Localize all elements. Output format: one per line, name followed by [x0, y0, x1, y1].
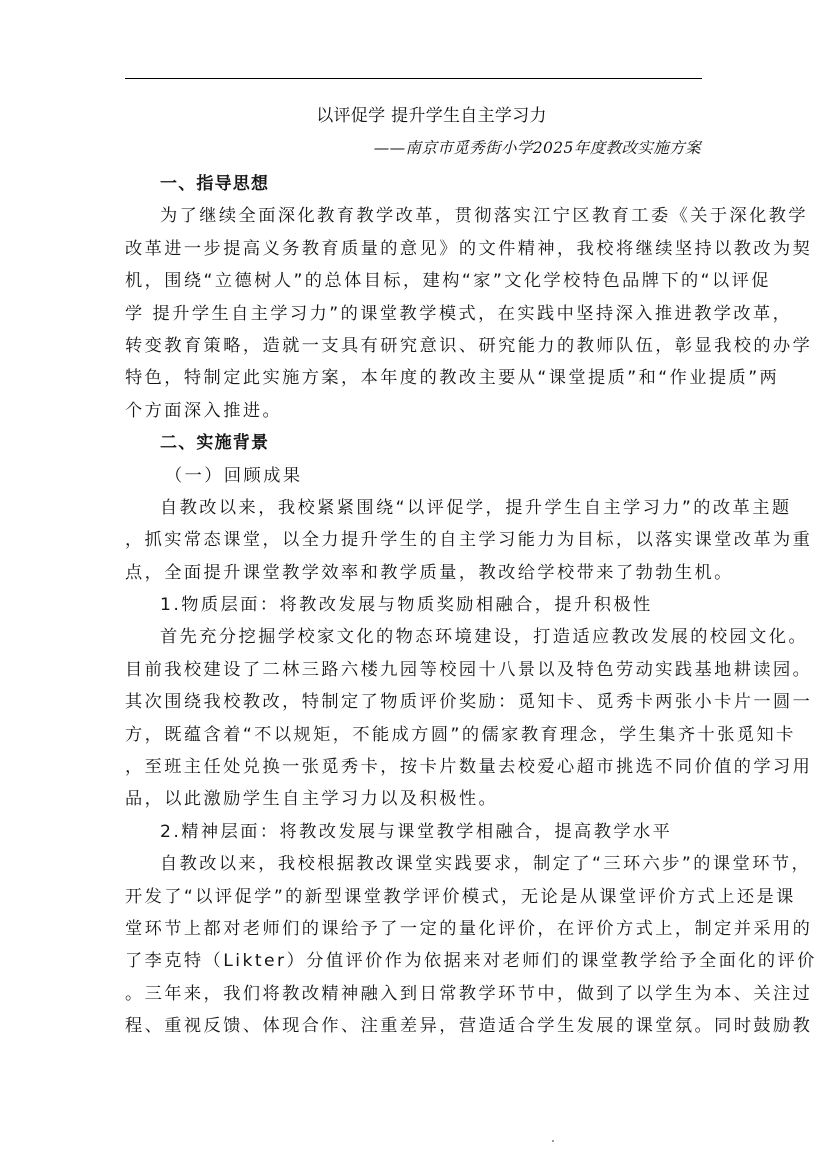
subsection-heading-review-results: （一）回顾成果 [125, 460, 705, 492]
paragraph-line: 特色，特制定此实施方案，本年度的教改主要从“课堂提质”和“作业提质”两 [125, 362, 705, 394]
document-subtitle: ——南京市觅秀街小学2025年度教改实施方案 [374, 137, 701, 159]
paragraph-line: 点，全面提升课堂教学效率和教学质量，教改给学校带来了勃勃生机。 [125, 557, 705, 589]
paragraph-line: 转变教育策略，造就一支具有研究意识、研究能力的教师队伍，彰显我校的办学 [125, 330, 705, 362]
paragraph-line: 了李克特（Likter）分值评价作为依据来对老师们的课堂教学给予全面化的评价 [125, 945, 705, 977]
paragraph-line: 目前我校建设了二林三路六楼九园等校园十八景以及特色劳动实践基地耕读园。 [125, 654, 705, 686]
paragraph-line: 方，既蕴含着“不以规矩，不能成方圆”的儒家教育理念，学生集齐十张觅知卡 [125, 719, 705, 751]
paragraph-line: 开发了“以评促学”的新型课堂教学评价模式，无论是从课堂评价方式上还是课 [125, 881, 705, 913]
paragraph-line: 个方面深入推进。 [125, 395, 705, 427]
paragraph-line: 机，围绕“立德树人”的总体目标，建构“家”文化学校特色品牌下的“以评促 [125, 265, 705, 297]
paragraph-guiding-ideology: 为了继续全面深化教育教学改革，贯彻落实江宁区教育工委《关于深化教学 改革进一步提… [125, 200, 705, 427]
paragraph-line: 自教改以来，我校紧紧围绕“以评促学，提升学生自主学习力”的改革主题 [125, 492, 705, 524]
paragraph-line: 改革进一步提高义务教育质量的意见》的文件精神，我校将继续坚持以教改为契 [125, 233, 705, 265]
paragraph-material-level: 首先充分挖掘学校家文化的物态环境建设，打造适应教改发展的校园文化。 目前我校建设… [125, 621, 705, 815]
paragraph-line: ，至班主任处兑换一张觅秀卡，按卡片数量去校爱心超市挑选不同价值的学习用 [125, 751, 705, 783]
page-marker-dot [552, 1140, 554, 1142]
document-page: 以评促学 提升学生自主学习力 ——南京市觅秀街小学2025年度教改实施方案 一、… [0, 0, 827, 1170]
paragraph-line: 。三年来，我们将教改精神融入到日常教学环节中，做到了以学生为本、关注过 [125, 978, 705, 1010]
paragraph-review-results: 自教改以来，我校紧紧围绕“以评促学，提升学生自主学习力”的改革主题 ，抓实常态课… [125, 492, 705, 589]
list-item-spiritual-level: 2.精神层面：将教改发展与课堂教学相融合，提高教学水平 [125, 816, 705, 848]
paragraph-line: 首先充分挖掘学校家文化的物态环境建设，打造适应教改发展的校园文化。 [125, 621, 705, 653]
paragraph-line: 学 提升学生自主学习力”的课堂教学模式，在实践中坚持深入推进教学改革， [125, 298, 705, 330]
document-body: 一、指导思想 为了继续全面深化教育教学改革，贯彻落实江宁区教育工委《关于深化教学… [125, 168, 705, 1043]
paragraph-line: 为了继续全面深化教育教学改革，贯彻落实江宁区教育工委《关于深化教学 [125, 200, 705, 232]
paragraph-line: 堂环节上都对老师们的课给予了一定的量化评价，在评价方式上，制定并采用的 [125, 913, 705, 945]
paragraph-line: ，抓实常态课堂，以全力提升学生的自主学习能力为目标，以落实课堂改革为重 [125, 524, 705, 556]
section-heading-guiding-ideology: 一、指导思想 [125, 168, 705, 200]
paragraph-spiritual-level: 自教改以来，我校根据教改课堂实践要求，制定了“三环六步”的课堂环节， 开发了“以… [125, 848, 705, 1042]
paragraph-line: 其次围绕我校教改，特制定了物质评价奖励：觅知卡、觅秀卡两张小卡片一圆一 [125, 686, 705, 718]
section-heading-implementation-background: 二、实施背景 [125, 427, 705, 459]
list-item-material-level: 1.物质层面：将教改发展与物质奖励相融合，提升积极性 [125, 589, 705, 621]
paragraph-line: 程、重视反馈、体现合作、注重差异，营造适合学生发展的课堂氛。同时鼓励教 [125, 1010, 705, 1042]
paragraph-line: 自教改以来，我校根据教改课堂实践要求，制定了“三环六步”的课堂环节， [125, 848, 705, 880]
document-title: 以评促学 提升学生自主学习力 [0, 104, 827, 128]
paragraph-line: 品，以此激励学生自主学习力以及积极性。 [125, 783, 705, 815]
header-rule-divider [125, 78, 702, 79]
